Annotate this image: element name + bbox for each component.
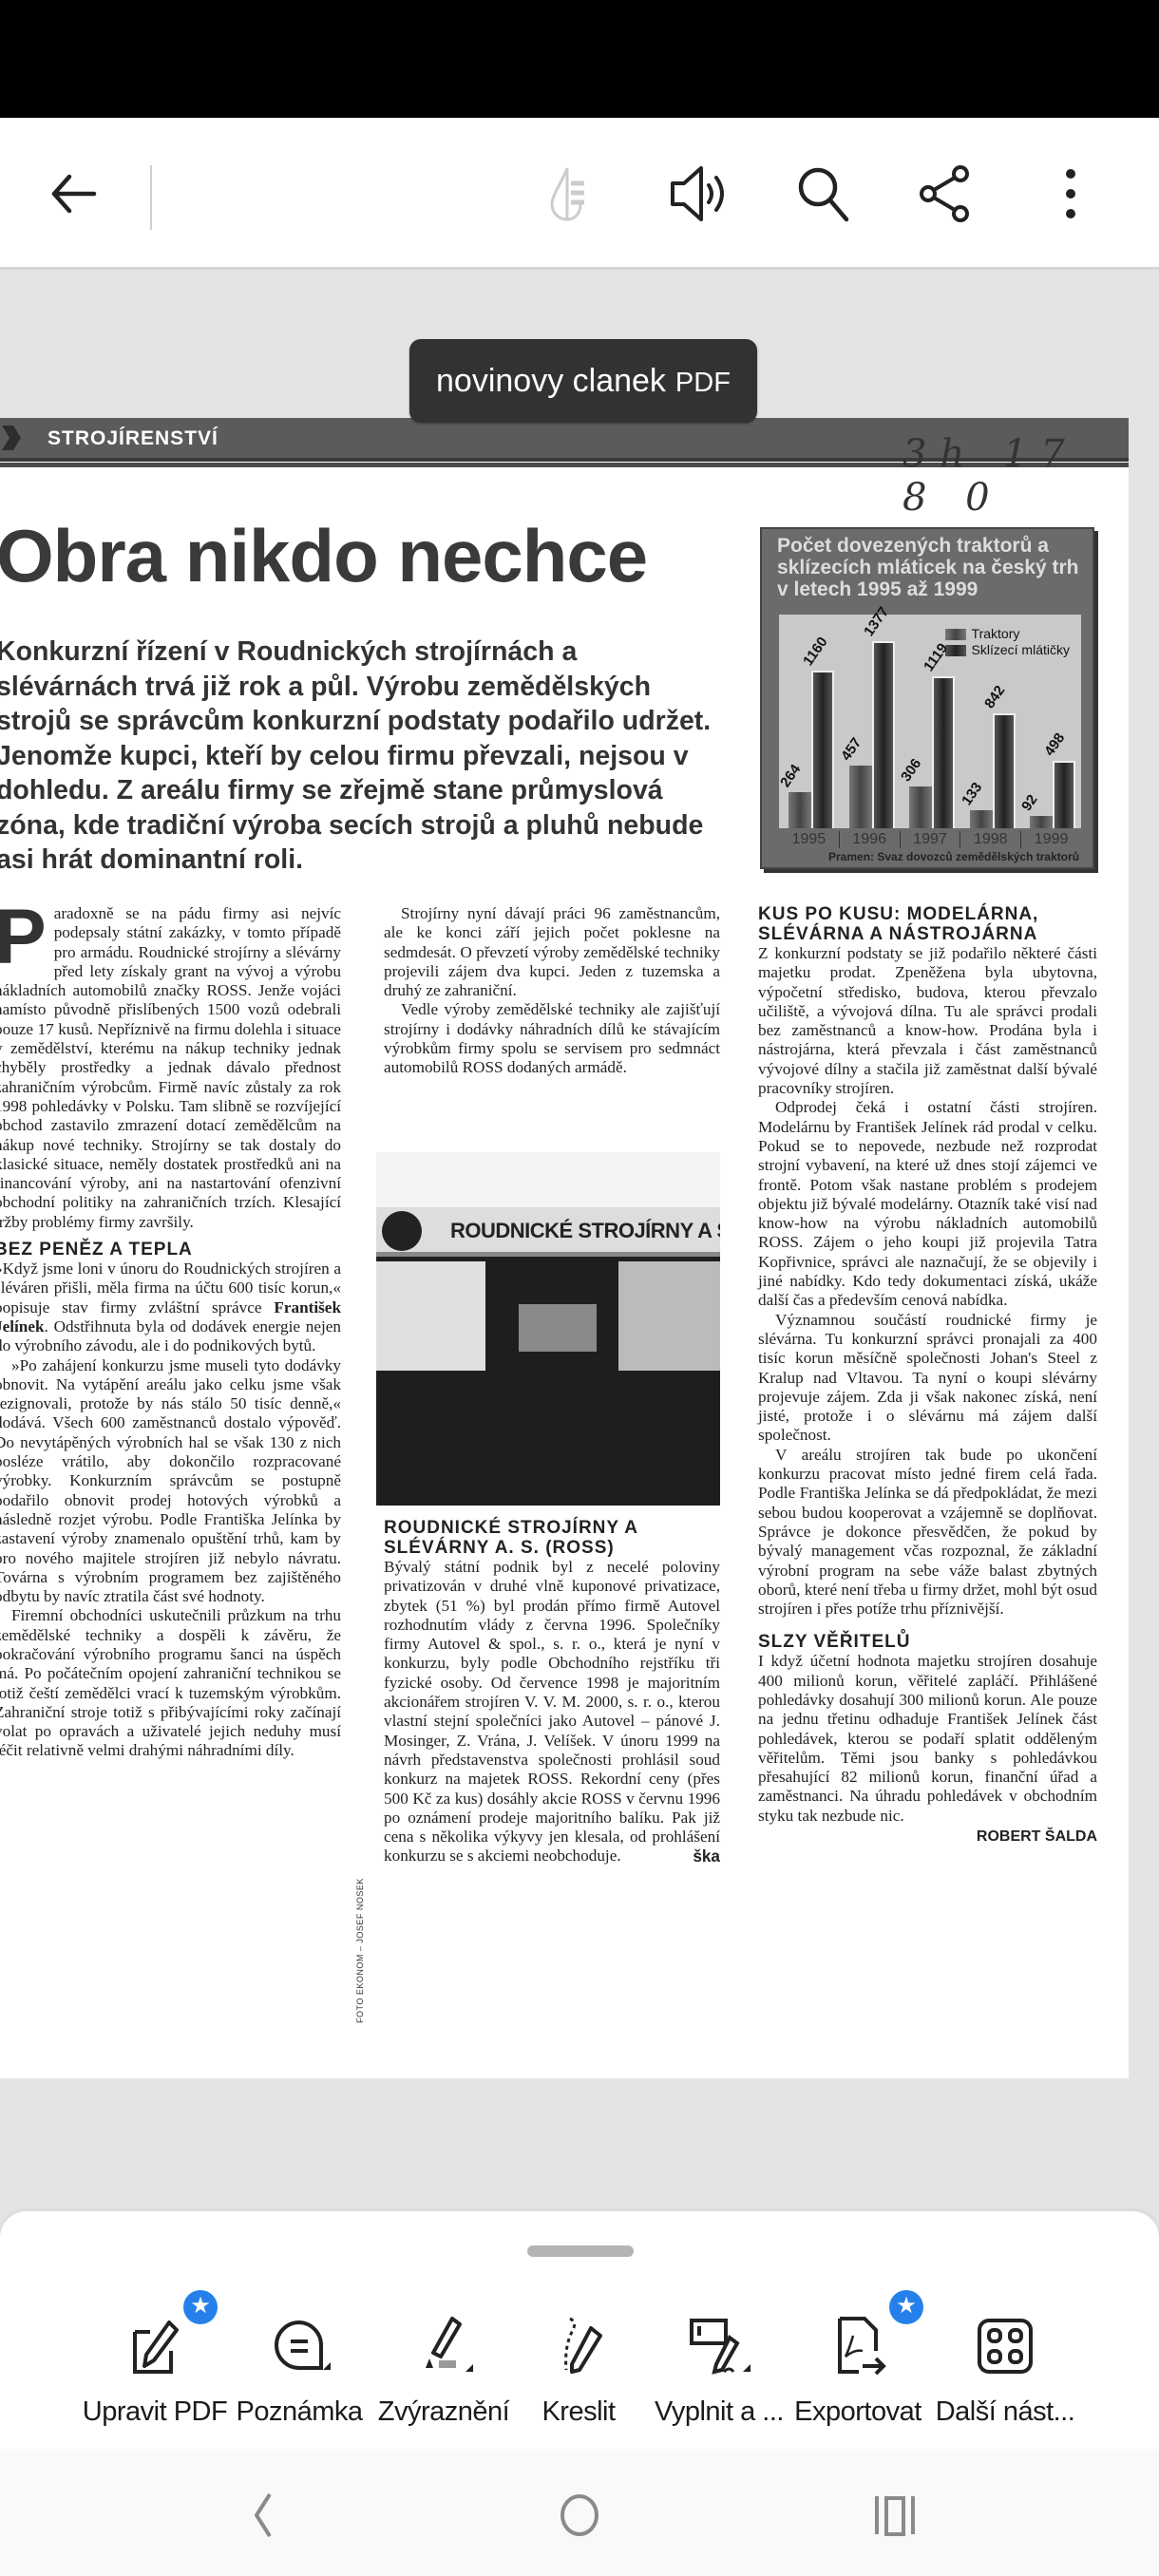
author-byline: ROBERT ŠALDA — [758, 1828, 1097, 1847]
x-tick: 1999 — [1021, 831, 1081, 848]
photo-wall-right — [618, 1261, 720, 1371]
status-bar — [0, 0, 1159, 118]
imports-chart: Počet dovezených traktorů a sklízecích m… — [760, 527, 1094, 869]
paragraph: Významnou součástí roudnické firmy je sl… — [758, 1311, 1097, 1446]
premium-badge-icon — [183, 2290, 218, 2324]
system-nav-bar — [0, 2449, 1159, 2576]
paragraph: Odprodej čeká i ostatní části strojíren.… — [758, 1098, 1097, 1310]
share-button[interactable] — [913, 161, 979, 227]
bar-traktory-1998 — [970, 810, 993, 828]
nav-recents-button[interactable] — [857, 2477, 933, 2553]
x-tick: 1995 — [779, 831, 840, 848]
chart-title: Počet dovezených traktorů a sklízecích m… — [777, 535, 1091, 600]
pdf-page: STROJÍRENSTVÍ 3h 17 8 0 Obra nikdo nechc… — [0, 418, 1129, 2078]
handwritten-note: 3h 17 8 0 — [902, 432, 1129, 520]
bar-value-label: 1377 — [861, 604, 892, 639]
nav-home-button[interactable] — [541, 2477, 617, 2553]
paragraph: »Po zahájení konkurzu jsme museli tyto d… — [0, 1356, 341, 1607]
article-column-2: Strojírny nyní dávají práci 96 zaměstnan… — [384, 904, 720, 1078]
bar-value-label: 498 — [1041, 730, 1068, 759]
chart-plot-area: Traktory Sklízecí mlátičky 2641160457137… — [779, 615, 1081, 828]
bar-traktory-1995 — [788, 792, 811, 828]
legend-swatch-traktory — [945, 629, 966, 640]
bar-mlaticky-1998 — [993, 713, 1016, 828]
article-headline: Obra nikdo nechce — [0, 513, 647, 599]
recents-nav-icon — [871, 2487, 919, 2544]
bar-value-label: 264 — [777, 762, 804, 790]
photo-sign-text: ROUDNICKÉ STROJÍRNY A SLÉ — [450, 1219, 720, 1243]
info-box-title: ROUDNICKÉ STROJÍRNY A SLÉVÁRNY A. S. (RO… — [384, 1518, 720, 1558]
bar-traktory-1996 — [849, 766, 872, 828]
factory-photo: ROUDNICKÉ STROJÍRNY A SLÉ — [376, 1152, 720, 1506]
company-info-box: ROUDNICKÉ STROJÍRNY A SLÉVÁRNY A. S. (RO… — [384, 1518, 720, 1866]
sheet-drag-handle[interactable] — [527, 2245, 634, 2257]
bar-mlaticky-1996 — [872, 641, 895, 828]
document-title-chip: novinovy clanekPDF — [409, 339, 757, 423]
info-box-signature: ška — [693, 1847, 720, 1866]
section-chevron-icon — [2, 426, 21, 450]
section-label: STROJÍRENSTVÍ — [47, 427, 218, 450]
dropcap: P — [0, 908, 47, 967]
chart-source: Pramen: Svaz dovozců zemědělských trakto… — [828, 850, 1079, 863]
arrow-left-icon — [47, 167, 100, 220]
nav-back-button[interactable] — [224, 2477, 300, 2553]
more-options-button[interactable] — [1037, 161, 1104, 227]
paragraph: Vedle výroby zemědělské techniky ale zaj… — [384, 1000, 720, 1077]
paragraph: »Když jsme loni v únoru do Roudnických s… — [0, 1260, 341, 1355]
paragraph: Strojírny nyní dávají práci 96 zaměstnan… — [384, 904, 720, 1000]
liquid-mode-button[interactable] — [541, 161, 608, 227]
bar-value-label: 842 — [981, 683, 1008, 711]
photo-gateway — [519, 1304, 597, 1352]
app-bar-divider — [150, 165, 152, 230]
bar-mlaticky-1995 — [811, 671, 834, 828]
bar-traktory-1997 — [909, 786, 932, 828]
pdf-viewer[interactable]: novinovy clanekPDF STROJÍRENSTVÍ 3h 17 8… — [0, 273, 1159, 2201]
read-aloud-button[interactable] — [665, 161, 731, 227]
comment-icon — [266, 2313, 332, 2379]
more-tools-icon — [972, 2313, 1038, 2379]
ross-logo-icon — [382, 1211, 422, 1251]
read-aloud-icon — [667, 164, 730, 223]
bar-value-label: 92 — [1018, 792, 1040, 814]
tools-row: Upravit PDF Poznámka Zvýraznění Kreslit … — [0, 2301, 1159, 2444]
legend-label: Sklízecí mlátičky — [972, 642, 1070, 657]
chart-x-axis: 1995 1996 1997 1998 1999 — [779, 831, 1081, 848]
article-column-3: KUS PO KUSU: MODELÁRNA, SLÉVÁRNA A NÁSTR… — [758, 904, 1097, 1847]
draw-icon — [545, 2313, 612, 2379]
paragraph-text: . Odstřihnuta byla od dodávek energie ne… — [0, 1317, 341, 1354]
photo-sign: ROUDNICKÉ STROJÍRNY A SLÉ — [376, 1207, 720, 1257]
bar-value-label: 1160 — [800, 635, 831, 669]
home-nav-icon — [556, 2487, 603, 2544]
bar-mlaticky-1999 — [1053, 761, 1075, 828]
article-lead: Konkurzní řízení v Roudnických strojírná… — [0, 635, 718, 878]
highlight-icon — [410, 2313, 477, 2379]
tools-bottom-sheet: Upravit PDF Poznámka Zvýraznění Kreslit … — [0, 2211, 1159, 2449]
tool-label: Další nást... — [915, 2396, 1095, 2428]
x-tick: 1997 — [901, 831, 961, 848]
x-tick: 1998 — [960, 831, 1021, 848]
photo-sky — [376, 1152, 720, 1207]
photo-credit: FOTO EKONOM – JOSEF NOSEK — [355, 1878, 365, 2023]
x-tick: 1996 — [840, 831, 901, 848]
search-button[interactable] — [790, 161, 857, 227]
bar-value-label: 133 — [959, 780, 985, 808]
subheading-bez-penez: BEZ PENĚZ A TEPLA — [0, 1240, 341, 1260]
paragraph-text: Bývalý státní podnik byl z necelé polovi… — [384, 1558, 720, 1865]
share-icon — [917, 164, 976, 223]
document-type: PDF — [675, 368, 731, 398]
liquid-mode-icon — [546, 164, 603, 223]
export-pdf-icon — [825, 2313, 891, 2379]
bar-value-label: 457 — [838, 735, 864, 764]
paragraph: V areálu strojíren tak bude po ukončení … — [758, 1446, 1097, 1619]
subheading-kus-po-kusu: KUS PO KUSU: MODELÁRNA, SLÉVÁRNA A NÁSTR… — [758, 904, 1097, 944]
paragraph-text: aradoxně se na pádu firmy asi nejvíc pod… — [0, 904, 341, 1231]
edit-pdf-icon — [122, 2313, 188, 2379]
search-icon — [795, 164, 852, 223]
back-button[interactable] — [40, 161, 106, 227]
app-bar — [0, 118, 1159, 270]
paragraph: Paradoxně se na pádu firmy asi nejvíc po… — [0, 904, 341, 1232]
paragraph: Z konkurzní podstaty se již podařilo něk… — [758, 944, 1097, 1098]
paragraph: I když účetní hodnota majetku strojíren … — [758, 1652, 1097, 1826]
bar-value-label: 306 — [898, 756, 924, 785]
photo-wall-left — [376, 1261, 485, 1371]
chart-legend: Traktory Sklízecí mlátičky — [945, 626, 1070, 658]
tool-more-tools[interactable]: Další nást... — [924, 2301, 1086, 2444]
info-box-text: Bývalý státní podnik byl z necelé polovi… — [384, 1558, 720, 1866]
bar-mlaticky-1997 — [932, 676, 955, 828]
premium-badge-icon — [889, 2290, 923, 2324]
subheading-slzy-veritelu: SLZY VĚŘITELŮ — [758, 1632, 1097, 1652]
paragraph: Firemní obchodníci uskutečnili průzkum n… — [0, 1606, 341, 1760]
legend-label: Traktory — [972, 626, 1020, 641]
fill-sign-icon — [686, 2313, 752, 2379]
document-filename: novinovy clanek — [436, 363, 666, 399]
bar-traktory-1999 — [1030, 816, 1053, 828]
more-options-icon — [1061, 164, 1080, 223]
article-column-1: Paradoxně se na pádu firmy asi nejvíc po… — [0, 904, 341, 1761]
back-nav-icon — [243, 2487, 281, 2544]
